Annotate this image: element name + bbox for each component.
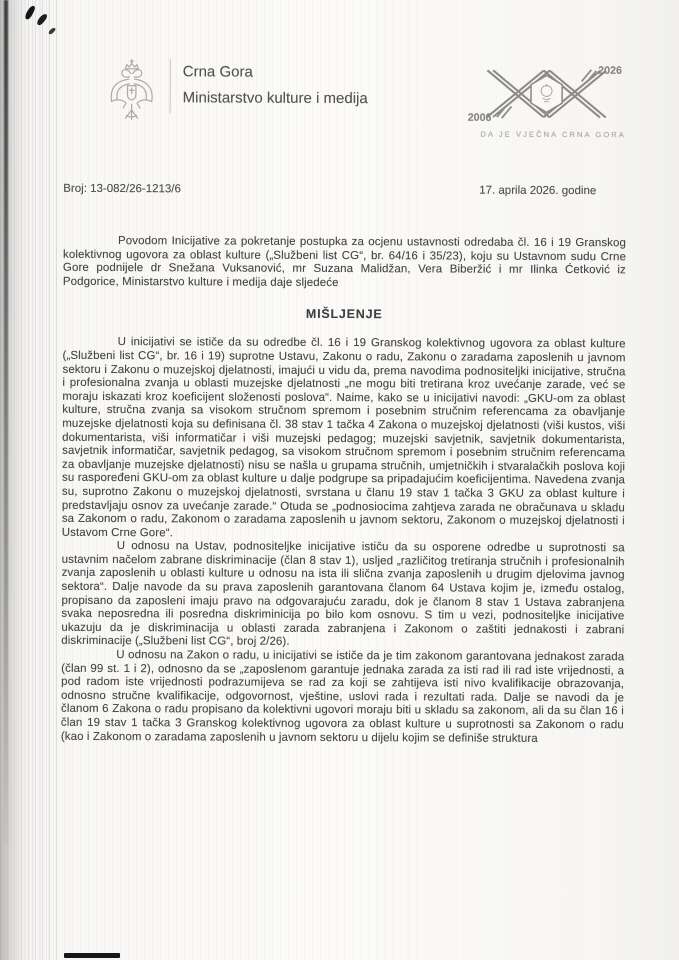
letterhead: Crna Gora Ministarstvo kulture i medija — [63, 57, 626, 139]
brand-divider — [170, 59, 171, 113]
brand-text: Crna Gora Ministarstvo kulture i medija — [183, 57, 368, 112]
reference-row: Broj: 13-082/26-1213/6 17. aprila 2026. … — [63, 183, 626, 197]
opinion-title: MIŠLJENJE — [63, 306, 626, 322]
body-paragraph: U odnosu na Ustav, podnositeljke inicija… — [61, 540, 624, 651]
document-body: Povodom Inicijative za pokretanje postup… — [61, 235, 626, 747]
country-name: Crna Gora — [183, 59, 368, 86]
body-paragraph: U odnosu na Zakon o radu, u inicijativi … — [61, 649, 624, 747]
body-paragraph: U inicijativi se ističe da su odredbe čl… — [62, 336, 626, 542]
intro-paragraph: Povodom Inicijative za pokretanje postup… — [63, 235, 626, 292]
ministry-brand: Crna Gora Ministarstvo kulture i medija — [104, 57, 368, 135]
scanned-document-page: Crna Gora Ministarstvo kulture i medija — [0, 0, 679, 960]
anniversary-logo: 2006 2026 DA JE VJEČNA CRNA GORA — [458, 59, 626, 140]
anniversary-slogan: DA JE VJEČNA CRNA GORA — [480, 130, 626, 140]
reference-number: Broj: 13-082/26-1213/6 — [63, 183, 181, 196]
document-date: 17. aprila 2026. godine — [479, 185, 596, 198]
coat-of-arms-icon — [104, 57, 160, 134]
ministry-name: Ministarstvo kulture i medija — [183, 85, 368, 112]
svg-text:2006: 2006 — [468, 112, 492, 124]
xx-anniversary-icon: 2006 2026 — [459, 59, 627, 130]
document-content: Crna Gora Ministarstvo kulture i medija — [0, 0, 679, 960]
svg-text:2026: 2026 — [598, 65, 622, 77]
